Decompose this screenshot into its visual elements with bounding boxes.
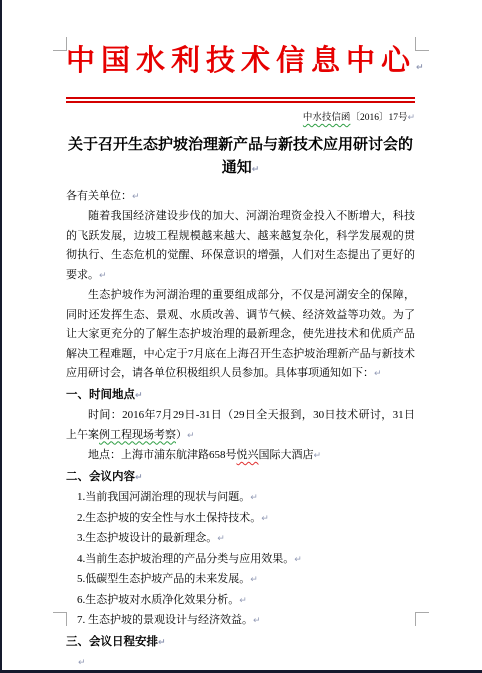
agenda-item: 4.当前生态护坡治理的产品分类与应用效果。↵ bbox=[66, 550, 415, 571]
paragraph-mark-icon: ↵ bbox=[217, 534, 225, 544]
paragraph-mark-icon: ↵ bbox=[261, 514, 269, 524]
agenda-item: 2.生态护坡的安全性与水土保持技术。↵ bbox=[66, 509, 415, 530]
letterhead-divider bbox=[66, 97, 415, 103]
time-text-squiggled: 例工程现场考察 bbox=[99, 429, 176, 441]
paragraph-mark-icon: ↵ bbox=[239, 596, 247, 606]
paragraph-mark-icon: ↵ bbox=[78, 658, 86, 668]
doc-number-num: 〔2016〕17号 bbox=[350, 113, 407, 123]
paragraph-mark-icon: ↵ bbox=[294, 555, 302, 565]
agenda-item-text: 7. 生态护坡的景观设计与经济效益。 bbox=[77, 614, 253, 626]
paragraph-mark-icon: ↵ bbox=[374, 369, 382, 379]
section-heading-1: 一、时间地点↵ bbox=[66, 386, 415, 407]
heading-text: 一、时间地点 bbox=[66, 389, 135, 401]
agenda-item: 6.生态护坡对水质净化效果分析。↵ bbox=[66, 591, 415, 612]
document-page: 中国水利技术信息中心↵ 中水技信函〔2016〕17号↵ 关于召开生态护坡治理新产… bbox=[0, 0, 482, 673]
greeting-line: 各有关单位：↵ bbox=[66, 187, 415, 207]
place-text-rest: 国际大酒店 bbox=[259, 449, 314, 461]
body-paragraph-1: 随着我国经济建设步伐的加大、河湖治理资金投入不断增大，科技的飞跃发展，边坡工程规… bbox=[66, 207, 415, 286]
agenda-item-text: 3.生态护坡设计的最新理念。 bbox=[77, 532, 217, 544]
text-area: 中国水利技术信息中心↵ 中水技信函〔2016〕17号↵ 关于召开生态护坡治理新产… bbox=[66, 42, 415, 673]
paragraph-mark-icon: ↵ bbox=[99, 271, 107, 281]
window-edge-left bbox=[0, 0, 2, 673]
paragraph-text: 随着我国经济建设步伐的加大、河湖治理资金投入不断增大，科技的飞跃发展，边坡工程规… bbox=[66, 210, 415, 281]
agenda-item: 3.生态护坡设计的最新理念。↵ bbox=[66, 529, 415, 550]
paragraph-mark-icon: ↵ bbox=[187, 431, 195, 441]
place-line: 地点：上海市浦东航津路658号悦兴国际大酒店↵ bbox=[66, 446, 415, 467]
body-paragraph-2: 生态护坡作为河湖治理的重要组成部分，不仅是河湖安全的保障，同时还发挥生态、景观、… bbox=[66, 286, 415, 385]
greeting-text: 各有关单位： bbox=[66, 190, 132, 202]
notice-title-line2: 通知↵ bbox=[66, 157, 415, 182]
paragraph-mark-icon: ↵ bbox=[135, 473, 143, 483]
crop-mark-bottom-left bbox=[53, 612, 67, 626]
place-text: 地点：上海市浦东航津路658号 bbox=[88, 449, 237, 461]
crop-mark-top-left bbox=[53, 37, 67, 51]
section-heading-3: 三、会议日程安排↵ bbox=[66, 633, 415, 654]
doc-number-org: 中水技信函 bbox=[303, 113, 351, 123]
paragraph-mark-icon: ↵ bbox=[135, 391, 143, 401]
notice-title-line1: 关于召开生态护坡治理新产品与新技术应用研讨会的 bbox=[66, 134, 415, 157]
paragraph-mark-icon: ↵ bbox=[252, 165, 260, 175]
notice-title-line2-text: 通知 bbox=[222, 160, 252, 176]
agenda-item-text: 5.低碳型生态护坡产品的未来发展。 bbox=[77, 573, 250, 585]
paragraph-text: 生态护坡作为河湖治理的重要组成部分，不仅是河湖安全的保障，同时还发挥生态、景观、… bbox=[66, 289, 415, 379]
agenda-item: 1.当前我国河湖治理的现状与问题。↵ bbox=[66, 488, 415, 509]
agenda-item-text: 6.生态护坡对水质净化效果分析。 bbox=[77, 594, 239, 606]
letterhead-title: 中国水利技术信息中心↵ bbox=[66, 42, 415, 87]
agenda-item: 7. 生态护坡的景观设计与经济效益。↵ bbox=[66, 611, 415, 632]
paragraph-mark-icon: ↵ bbox=[416, 63, 424, 73]
paragraph-mark-icon: ↵ bbox=[250, 493, 258, 503]
paragraph-mark-icon: ↵ bbox=[250, 575, 258, 585]
letterhead-text: 中国水利技术信息中心 bbox=[66, 45, 416, 77]
time-line: 时间：2016年7月29日-31日（29日全天报到，30日技术研讨，31日上午案… bbox=[66, 406, 415, 446]
agenda-item-text: 1.当前我国河湖治理的现状与问题。 bbox=[77, 491, 250, 503]
doc-number: 中水技信函〔2016〕17号↵ bbox=[66, 112, 415, 125]
crop-mark-bottom-right bbox=[415, 612, 429, 626]
agenda-item-text: 4.当前生态护坡治理的产品分类与应用效果。 bbox=[77, 553, 294, 565]
crop-mark-top-right bbox=[415, 37, 429, 51]
paragraph-mark-icon: ↵ bbox=[407, 113, 415, 123]
agenda-item: 5.低碳型生态护坡产品的未来发展。↵ bbox=[66, 570, 415, 591]
agenda-item-text: 2.生态护坡的安全性与水土保持技术。 bbox=[77, 512, 261, 524]
heading-text: 三、会议日程安排 bbox=[66, 636, 158, 648]
paragraph-mark-icon: ↵ bbox=[253, 616, 261, 626]
time-text-close: ） bbox=[176, 429, 187, 441]
paragraph-mark-icon: ↵ bbox=[314, 451, 322, 461]
empty-paragraph: ↵ bbox=[66, 653, 415, 673]
notice-title: 关于召开生态护坡治理新产品与新技术应用研讨会的 通知↵ bbox=[66, 134, 415, 182]
heading-text: 二、会议内容 bbox=[66, 471, 135, 483]
section-heading-2: 二、会议内容↵ bbox=[66, 468, 415, 489]
paragraph-mark-icon: ↵ bbox=[158, 638, 166, 648]
place-text-squiggled: 悦兴 bbox=[237, 449, 259, 461]
paragraph-mark-icon: ↵ bbox=[132, 192, 140, 202]
